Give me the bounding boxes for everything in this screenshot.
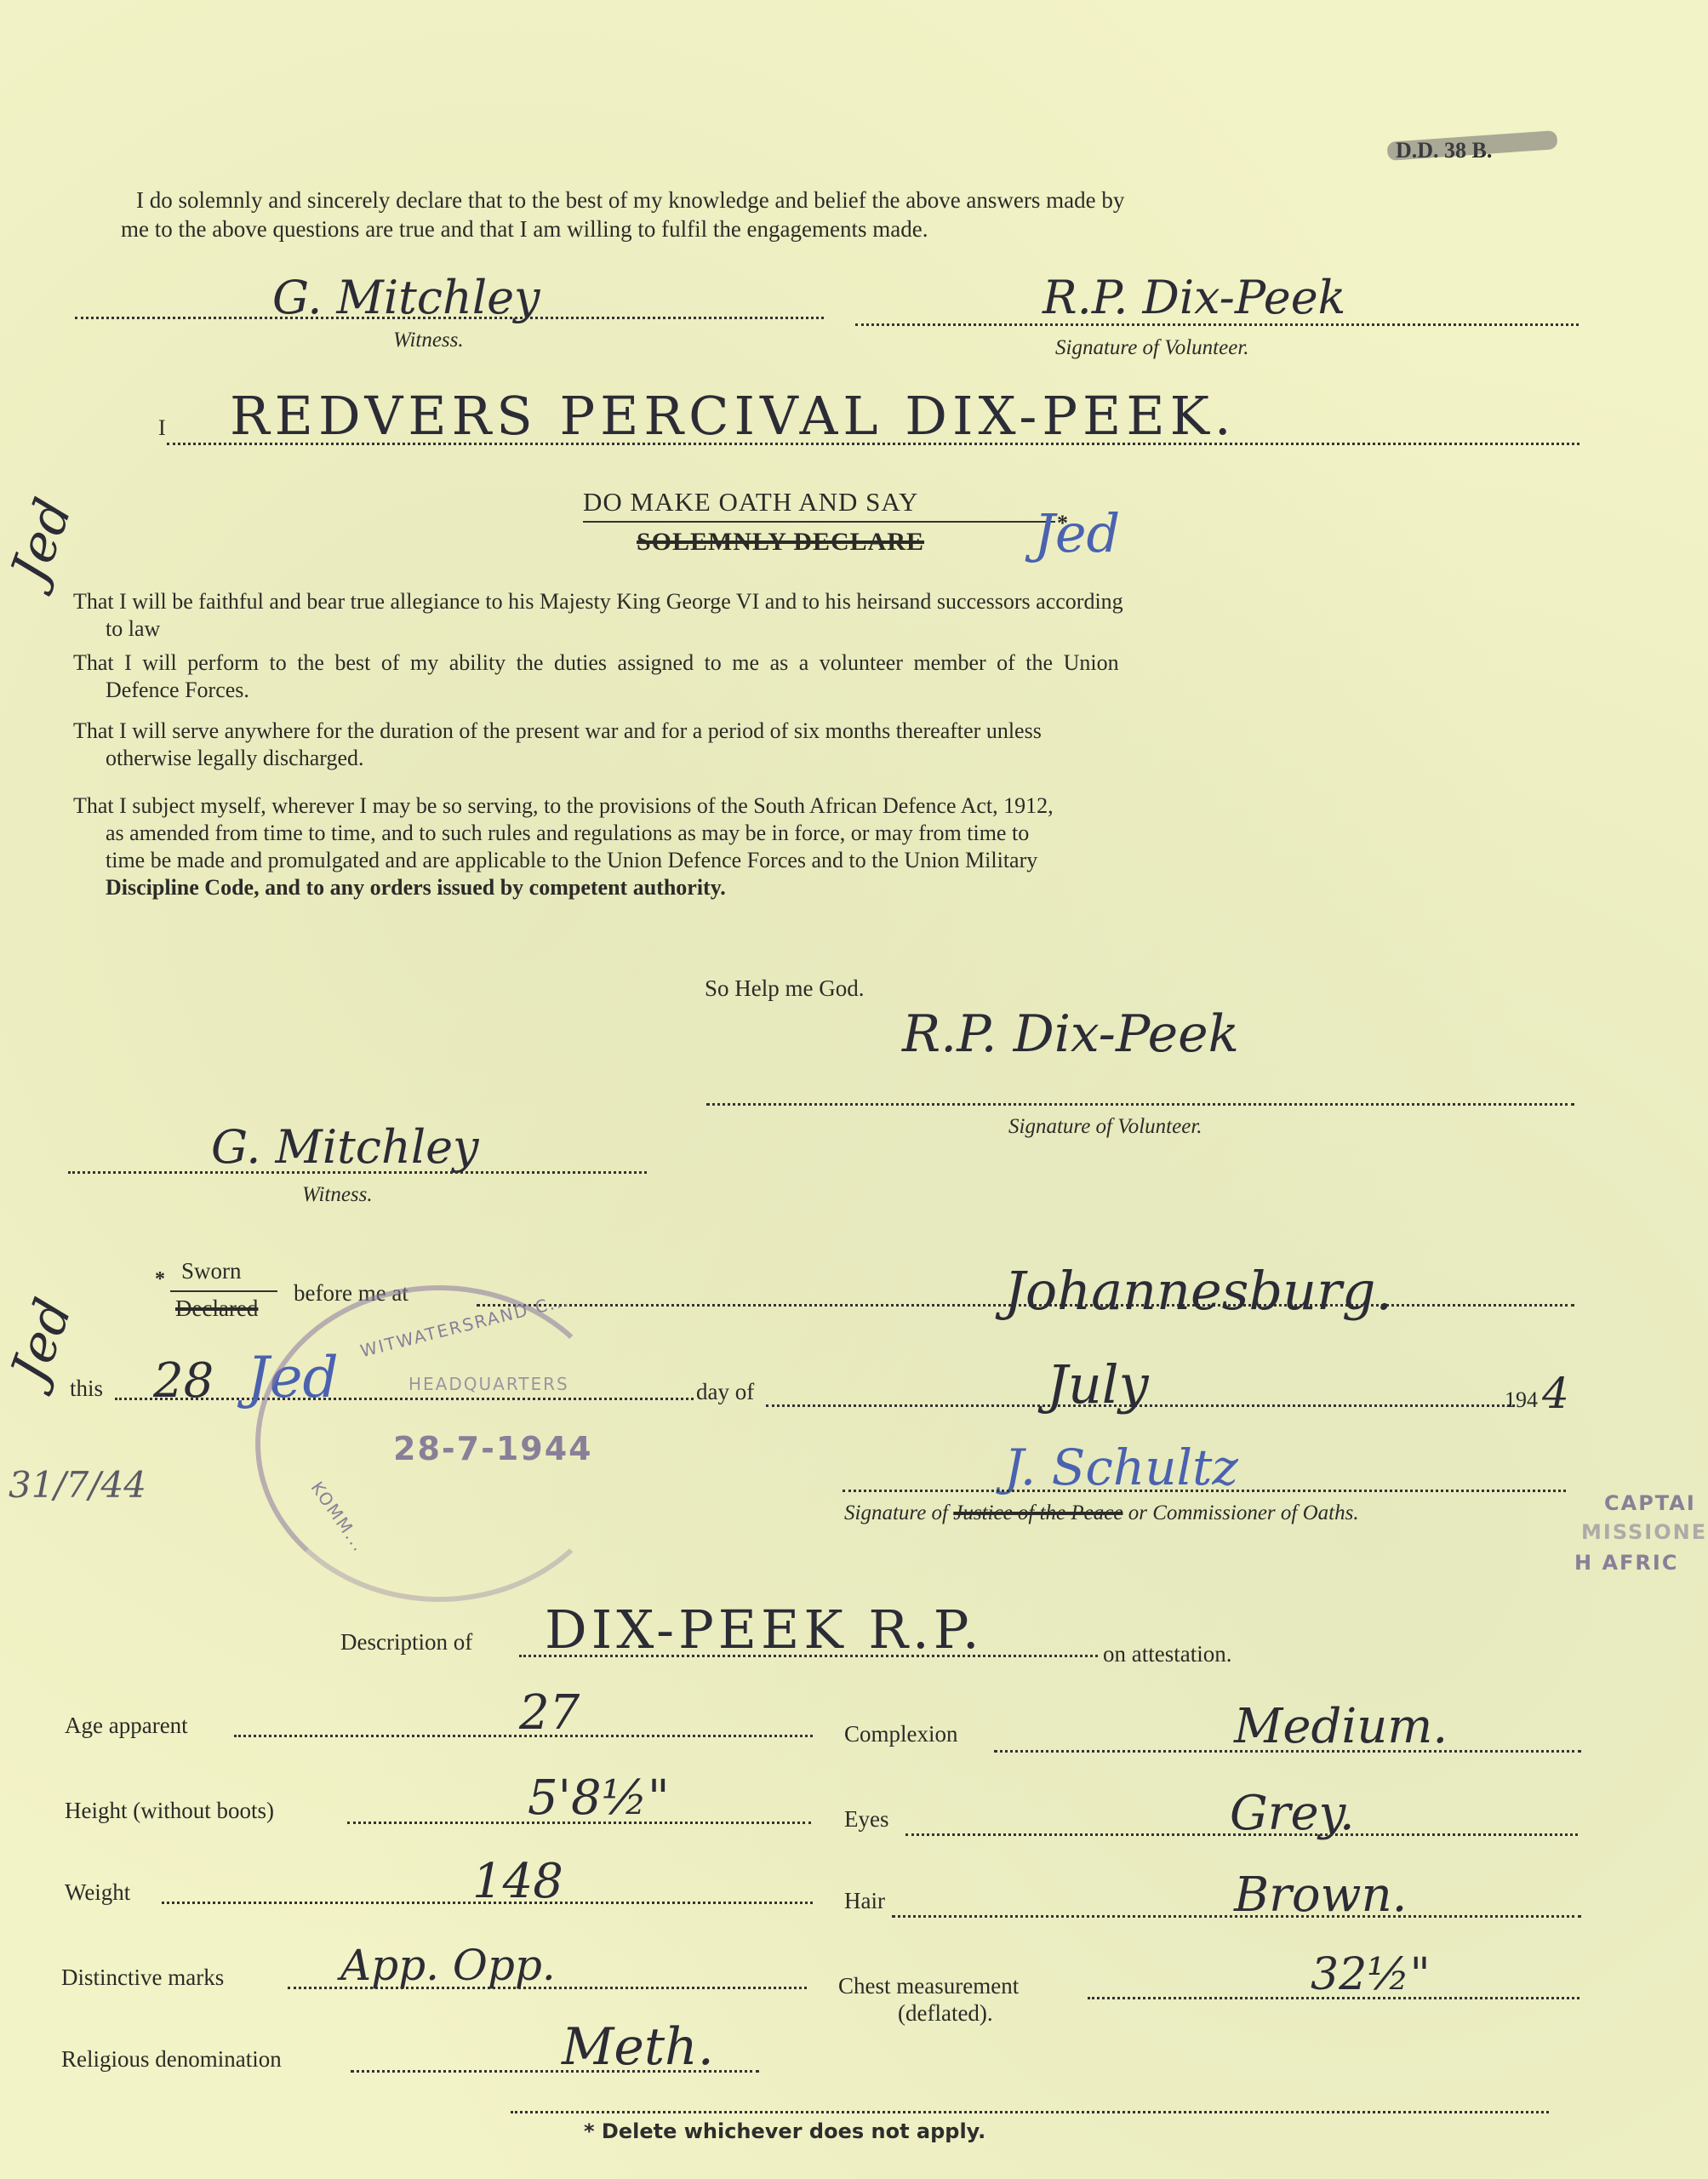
commissioner-label-pre: Signature of xyxy=(844,1501,948,1524)
complexion-label: Complexion xyxy=(844,1721,958,1747)
oath-initials: Jed xyxy=(1034,502,1120,564)
witness-signature-2: G. Mitchley xyxy=(211,1120,479,1174)
complexion-value: Medium. xyxy=(1234,1699,1448,1754)
closing-text: So Help me God. xyxy=(705,975,864,1002)
stamp-date: 28-7-1944 xyxy=(393,1430,593,1467)
distinctive-marks-label: Distinctive marks xyxy=(61,1965,224,1991)
weight-value: 148 xyxy=(472,1854,563,1909)
captain-stamp-line-1: CAPTAI xyxy=(1604,1491,1696,1515)
clause-4-line-3: time be made and promulgated and are app… xyxy=(106,846,1620,875)
chest-sublabel: (deflated). xyxy=(898,2000,993,2027)
weight-label: Weight xyxy=(65,1879,130,1906)
volunteer-line-2 xyxy=(706,1103,1574,1106)
description-label: Description of xyxy=(340,1629,472,1656)
oath-heading-divider xyxy=(583,521,1055,523)
stamp-headquarters: HEADQUARTERS xyxy=(408,1374,569,1394)
day-of-label: day of xyxy=(696,1379,754,1405)
sworn-place: Johannesburg. xyxy=(1004,1260,1392,1322)
clause-4-line-4: Discipline Code, and to any orders issue… xyxy=(106,873,1620,902)
commissioner-label-struck: Justice of the Peace xyxy=(953,1501,1122,1524)
commissioner-label: Signature of Justice of the Peace or Com… xyxy=(844,1501,1359,1525)
commissioner-signature: J. Schultz xyxy=(1004,1438,1238,1496)
margin-date-note: 31/7/44 xyxy=(9,1464,146,1506)
eyes-label: Eyes xyxy=(844,1806,888,1833)
eyes-value: Grey. xyxy=(1230,1786,1355,1841)
captain-stamp-line-2: MISSIONE xyxy=(1581,1520,1707,1544)
year-prefix: 194 xyxy=(1505,1387,1538,1413)
declaration-line-1: I do solemnly and sincerely declare that… xyxy=(136,186,1583,214)
volunteer-signature-1: R.P. Dix-Peek xyxy=(1043,271,1345,324)
footnote: * Delete whichever does not apply. xyxy=(584,2119,985,2143)
clause-2-line-1: That I will perform to the best of my ab… xyxy=(73,649,1605,678)
oath-heading-kept: DO MAKE OATH AND SAY xyxy=(583,487,918,518)
sworn-divider xyxy=(170,1290,277,1292)
sworn-asterisk: * xyxy=(155,1268,165,1291)
clause-1-line-1: That I will be faithful and bear true al… xyxy=(73,587,1605,616)
commissioner-line xyxy=(843,1490,1566,1492)
religion-label: Religious denomination xyxy=(61,2046,282,2073)
sworn-kept: Sworn xyxy=(181,1258,242,1284)
witness-label-1: Witness. xyxy=(393,329,464,352)
volunteer-label-1: Signature of Volunteer. xyxy=(1055,336,1249,360)
clause-4-line-1: That I subject myself, wherever I may be… xyxy=(73,792,1605,821)
height-value: 5'8½" xyxy=(528,1770,670,1826)
witness-line-2 xyxy=(68,1171,647,1174)
volunteer-label-2: Signature of Volunteer. xyxy=(1008,1115,1202,1139)
form-code: D.D. 38 B. xyxy=(1396,138,1492,163)
witness-signature-1: G. Mitchley xyxy=(272,271,540,324)
clause-1-line-2: to law xyxy=(106,615,160,643)
distinctive-marks-value: App. Opp. xyxy=(340,1941,556,1990)
sworn-month: July xyxy=(1047,1353,1149,1415)
age-value: 27 xyxy=(519,1685,580,1741)
chest-value: 32½" xyxy=(1311,1949,1431,2000)
oath-heading-struck: SOLEMNLY DECLARE xyxy=(637,528,924,557)
chest-label: Chest measurement xyxy=(838,1973,1019,1999)
clause-2-line-2: Defence Forces. xyxy=(106,676,249,705)
commissioner-label-post: or Commissioner of Oaths. xyxy=(1128,1501,1359,1524)
volunteer-signature-2: R.P. Dix-Peek xyxy=(902,1004,1239,1064)
margin-initials-top: Jed xyxy=(0,491,84,590)
footnote-rule xyxy=(511,2111,1549,2113)
clause-4-line-2: as amended from time to time, and to suc… xyxy=(106,819,1620,848)
age-label: Age apparent xyxy=(65,1713,188,1739)
declaration-line-2: me to the above questions are true and t… xyxy=(121,214,1568,243)
this-label: this xyxy=(70,1375,103,1402)
sworn-struck: Declared xyxy=(175,1295,258,1322)
volunteer-full-name: REDVERS PERCIVAL DIX-PEEK. xyxy=(230,385,1237,447)
description-name: DIX-PEEK R.P. xyxy=(545,1599,984,1661)
captain-stamp-line-3: H AFRIC xyxy=(1574,1551,1678,1575)
sworn-day: 28 xyxy=(153,1353,214,1409)
witness-label-2: Witness. xyxy=(302,1183,373,1207)
oath-prefix: I xyxy=(158,415,166,441)
year-suffix: 4 xyxy=(1542,1369,1569,1418)
clause-3-line-1: That I will serve anywhere for the durat… xyxy=(73,717,1605,746)
height-label: Height (without boots) xyxy=(65,1798,274,1824)
description-suffix: on attestation. xyxy=(1103,1641,1231,1667)
hair-value: Brown. xyxy=(1234,1867,1407,1923)
religion-value: Meth. xyxy=(562,2017,714,2077)
clause-3-line-2: otherwise legally discharged. xyxy=(106,744,363,773)
hair-label: Hair xyxy=(844,1888,885,1914)
